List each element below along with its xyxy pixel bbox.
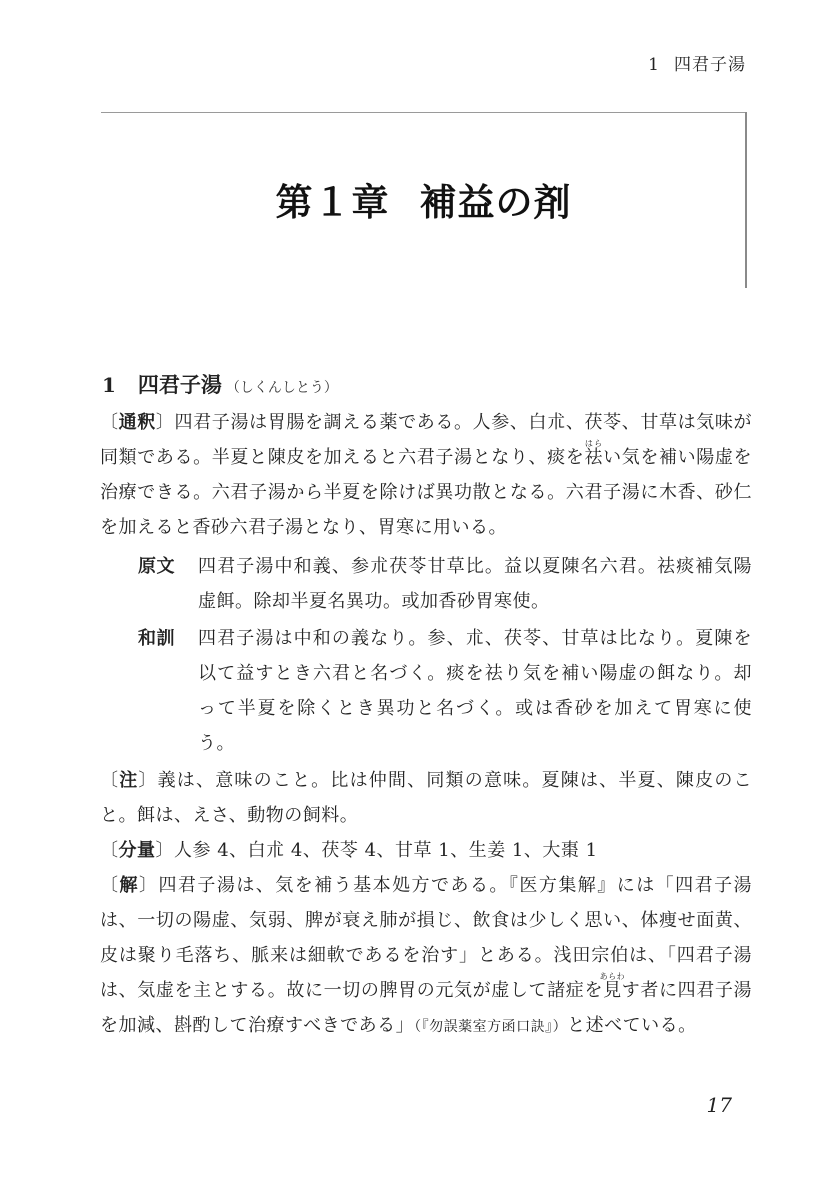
ruby-harau: 祛はら — [584, 447, 603, 468]
chapter-name: 補益の剤 — [420, 181, 572, 224]
wakun-text: 四君子湯は中和の義なり。参、朮、茯苓、甘草は比なり。夏陳を以て益すとき六君と名づ… — [198, 621, 752, 761]
running-head-title: 四君子湯 — [674, 55, 746, 75]
bunryo-label: 〔分量〕 — [100, 840, 174, 861]
genbun-block: 原文 四君子湯中和義、参朮茯苓甘草比。益以夏陳名六君。祛痰補気陽虚餌。除却半夏名… — [138, 549, 752, 619]
genbun-label: 原文 — [138, 549, 198, 619]
genbun-text: 四君子湯中和義、参朮茯苓甘草比。益以夏陳名六君。祛痰補気陽虚餌。除却半夏名異功。… — [198, 549, 752, 619]
tsushaku-paragraph: 〔通釈〕四君子湯は胃腸を調える薬である。人参、白朮、茯苓、甘草は気味が同類である… — [100, 405, 752, 545]
section-heading: 1四君子湯（しくんしとう） — [102, 369, 338, 399]
kai-paragraph: 〔解〕四君子湯は、気を補う基本処方である。『医方集解』には「四君子湯は、一切の陽… — [100, 868, 752, 1045]
running-head: 1四君子湯 — [648, 50, 746, 75]
chapter-title: 第１章補益の剤 — [101, 172, 746, 226]
running-head-number: 1 — [648, 55, 660, 75]
bunryo-paragraph: 〔分量〕人参 4、白朮 4、茯苓 4、甘草 1、生姜 1、大棗 1 — [100, 833, 752, 868]
body-text: 〔通釈〕四君子湯は胃腸を調える薬である。人参、白朮、茯苓、甘草は気味が同類である… — [100, 405, 752, 1045]
tsushaku-label: 〔通釈〕 — [100, 412, 175, 433]
ruby-arawasu: 見あらわ — [603, 980, 622, 1001]
kai-label: 〔解〕 — [100, 875, 158, 896]
chapter-frame-top-rule — [101, 112, 746, 113]
chapter-label: 第１章 — [276, 181, 390, 224]
section-reading: （しくんしとう） — [226, 380, 338, 396]
page-number: 17 — [707, 1093, 732, 1117]
wakun-label: 和訓 — [138, 621, 198, 761]
section-title: 四君子湯 — [138, 373, 222, 397]
chu-paragraph: 〔注〕義は、意味のこと。比は仲間、同類の意味。夏陳は、半夏、陳皮のこと。餌は、え… — [100, 763, 752, 833]
citation: （『勿誤薬室方函口訣』） — [414, 1019, 567, 1035]
wakun-block: 和訓 四君子湯は中和の義なり。参、朮、茯苓、甘草は比なり。夏陳を以て益すとき六君… — [138, 621, 752, 761]
chu-label: 〔注〕 — [100, 770, 158, 791]
section-number: 1 — [102, 373, 116, 397]
